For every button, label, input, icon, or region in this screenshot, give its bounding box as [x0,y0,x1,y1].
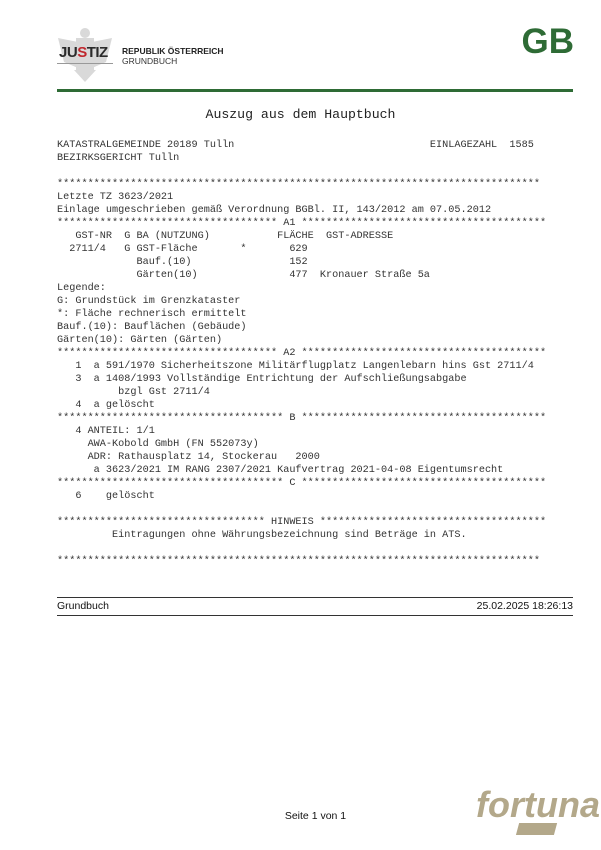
svg-text:REAL: REAL [558,822,593,837]
document-body: KATASTRALGEMEINDE 20189 Tulln EINLAGEZAH… [57,139,546,568]
footer-divider-top [57,597,573,598]
gb-badge: GB [522,22,575,62]
footer-source: Grundbuch [57,600,109,612]
document-line: ****************************************… [57,178,546,191]
document-line [57,503,546,516]
header-divider [57,89,573,92]
document-line: ****************************************… [57,555,546,568]
document-line: a 3623/2021 IM RANG 2307/2021 Kaufvertra… [57,464,546,477]
document-line: ************************************* B … [57,412,546,425]
footer-divider-bottom [57,615,573,616]
page-title: Auszug aus dem Hauptbuch [0,107,601,122]
fortuna-real-watermark-logo: fortuna REAL [470,775,600,850]
document-line: AWA-Kobold GmbH (FN 552073y) [57,438,546,451]
document-line: 1 a 591/1970 Sicherheitszone Militärflug… [57,360,546,373]
document-line: Legende: [57,282,546,295]
justiz-wordmark: JUSTIZ [59,44,108,61]
document-line: 4 a gelöscht [57,399,546,412]
document-line: Eintragungen ohne Währungsbezeichnung si… [57,529,546,542]
document-line: ************************************ A2 … [57,347,546,360]
document-line: GST-NR G BA (NUTZUNG) FLÄCHE GST-ADRESSE [57,230,546,243]
document-line: *: Fläche rechnerisch ermittelt [57,308,546,321]
document-line [57,165,546,178]
document-line: bzgl Gst 2711/4 [57,386,546,399]
document-line: Bauf.(10) 152 [57,256,546,269]
registry-label: GRUNDBUCH [122,56,177,66]
document-line: 3 a 1408/1993 Vollständige Entrichtung d… [57,373,546,386]
document-line: BEZIRKSGERICHT Tulln [57,152,546,165]
document-line: 4 ANTEIL: 1/1 [57,425,546,438]
document-line: ************************************ A1 … [57,217,546,230]
svg-text:fortuna: fortuna [476,784,600,825]
document-line [57,542,546,555]
document-line: KATASTRALGEMEINDE 20189 Tulln EINLAGEZAH… [57,139,546,152]
document-line: G: Grundstück im Grenzkataster [57,295,546,308]
document-line: 2711/4 G GST-Fläche * 629 [57,243,546,256]
document-line: ************************************* C … [57,477,546,490]
footer-timestamp: 25.02.2025 18:26:13 [477,600,573,612]
document-line: ADR: Rathausplatz 14, Stockerau 2000 [57,451,546,464]
document-line: Einlage umgeschrieben gemäß Verordnung B… [57,204,546,217]
document-line: ********************************** HINWE… [57,516,546,529]
republic-label: REPUBLIK ÖSTERREICH [122,46,224,56]
justiz-logo: JUSTIZ [54,26,116,84]
document-line: Bauf.(10): Bauflächen (Gebäude) [57,321,546,334]
document-line: Letzte TZ 3623/2021 [57,191,546,204]
document-line: 6 gelöscht [57,490,546,503]
document-line: Gärten(10): Gärten (Gärten) [57,334,546,347]
document-line: Gärten(10) 477 Kronauer Straße 5a [57,269,546,282]
